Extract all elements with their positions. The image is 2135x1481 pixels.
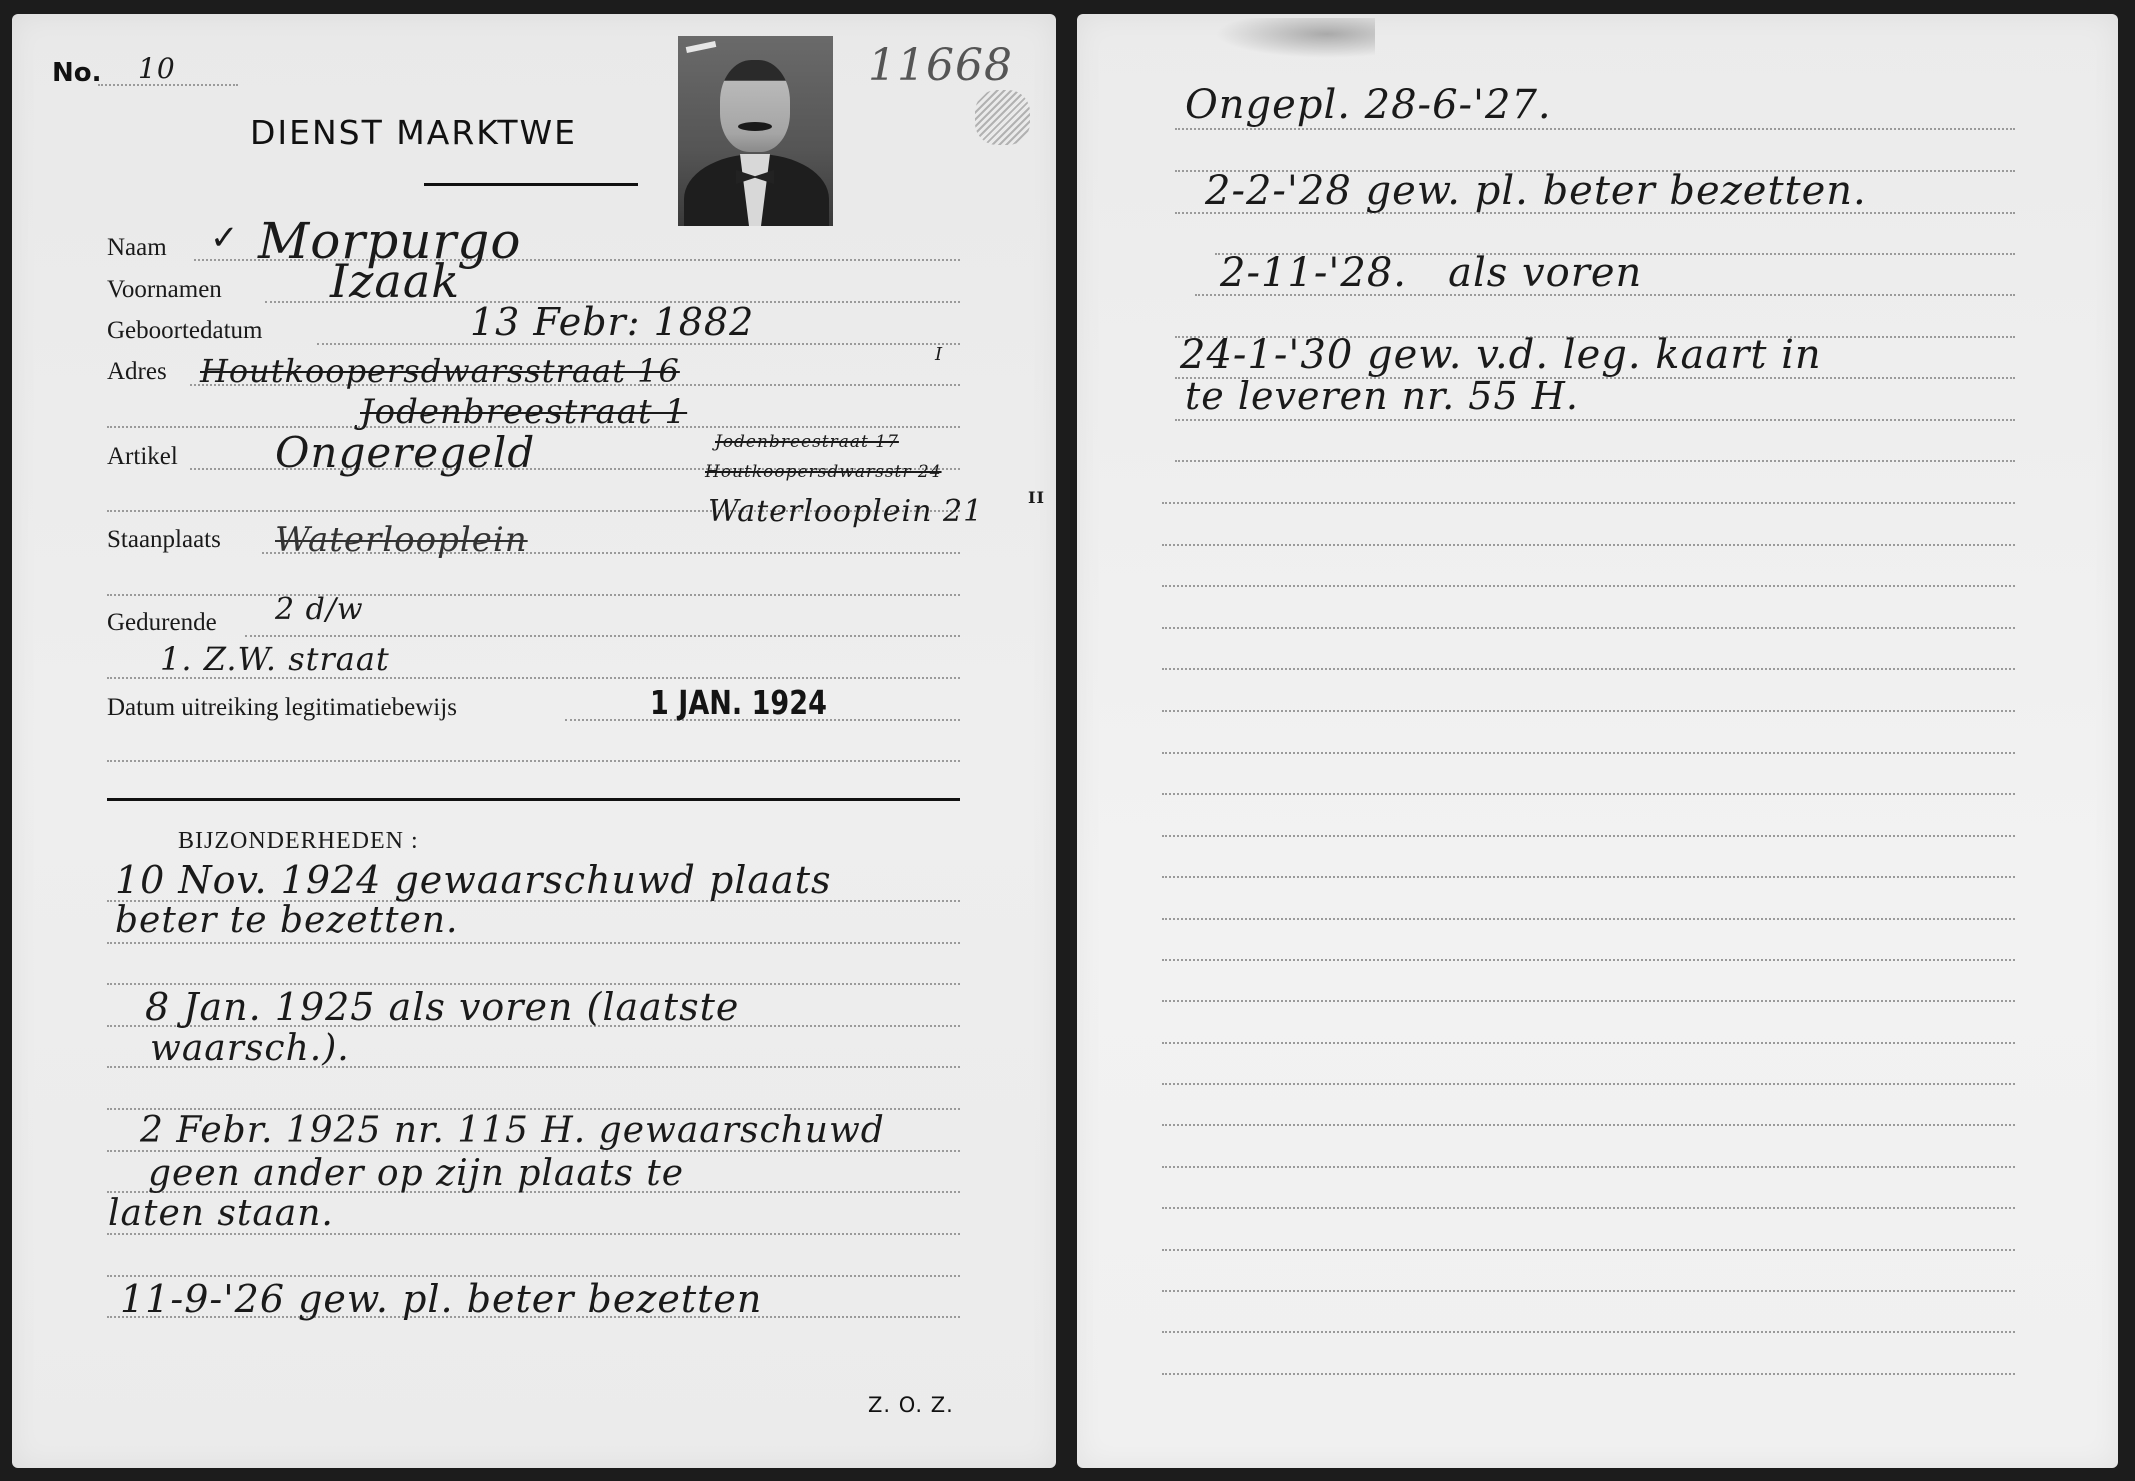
artikel-struck-a: Jodenbreestraat 17 bbox=[715, 432, 899, 452]
bijzonderheden-heading: BIJZONDERHEDEN : bbox=[178, 828, 419, 855]
ruled-line bbox=[107, 942, 960, 944]
ruled-line bbox=[1162, 1000, 2015, 1002]
ruled-line bbox=[1162, 959, 2015, 961]
title-underline bbox=[424, 183, 638, 186]
back-entry-1: Ongepl. 28-6-'27. bbox=[1185, 82, 1552, 128]
ruled-line bbox=[1162, 1042, 2015, 1044]
ruled-line bbox=[1162, 1373, 2015, 1375]
registration-card-front bbox=[12, 14, 1056, 1468]
adres-label: Adres bbox=[107, 358, 167, 386]
gedurende-value-line2: 1. Z.W. straat bbox=[160, 640, 390, 678]
bijzonderheden-entry-3-line-2: geen ander op zijn plaats te bbox=[148, 1153, 684, 1194]
staanplaats-value: Waterlooplein bbox=[275, 520, 528, 560]
voornamen-label: Voornamen bbox=[107, 276, 222, 304]
back-entry-4-line-1: 24-1-'30 gew. v.d. leg. kaart in bbox=[1180, 332, 1822, 378]
section-divider bbox=[107, 798, 960, 801]
adres-value-line2-struck: Jodenbreestraat 1 bbox=[360, 392, 687, 432]
ruled-line bbox=[1162, 585, 2015, 587]
artikel-value-new: Waterlooplein 21 bbox=[708, 494, 983, 529]
bijzonderheden-entry-2-line-2: waarsch.). bbox=[150, 1028, 350, 1069]
ink-smudge bbox=[1215, 18, 1375, 58]
voornamen-value: Izaak bbox=[330, 254, 460, 308]
geboortedatum-value: 13 Febr: 1882 bbox=[470, 300, 754, 344]
zoz-footer: Z. O. Z. bbox=[868, 1393, 954, 1417]
adres-value-struck: Houtkoopersdwarsstraat 16 bbox=[200, 352, 680, 390]
staanplaats-label: Staanplaats bbox=[107, 526, 221, 554]
ruled-line bbox=[1162, 1124, 2015, 1126]
ruled-line bbox=[1175, 419, 2015, 421]
gedurende-line bbox=[245, 635, 960, 637]
bijzonderheden-entry-2-line-1: 8 Jan. 1925 als voren (laatste bbox=[145, 985, 739, 1029]
portrait-photo bbox=[678, 36, 833, 226]
staanplaats-line-2 bbox=[107, 594, 960, 596]
ruled-line bbox=[1162, 752, 2015, 754]
datum-uitreiking-stamp: 1 JAN. 1924 bbox=[650, 683, 827, 722]
ruled-line bbox=[1162, 627, 2015, 629]
back-entry-3: 2-11-'28. als voren bbox=[1220, 250, 1642, 296]
datum-uitreiking-label: Datum uitreiking legitimatiebewijs bbox=[107, 694, 457, 722]
artikel-struck-b: Houtkoopersdwarsstr 24 bbox=[705, 462, 942, 482]
naam-check: ✓ bbox=[210, 218, 240, 258]
ruled-line bbox=[1162, 876, 2015, 878]
bijzonderheden-entry-1-line-2: beter te bezetten. bbox=[115, 900, 458, 941]
ruled-line bbox=[1162, 710, 2015, 712]
naam-label: Naam bbox=[107, 234, 167, 262]
photo-head bbox=[720, 60, 790, 152]
bijzonderheden-entry-3-line-1: 2 Febr. 1925 nr. 115 H. gewaarschuwd bbox=[140, 1110, 885, 1151]
artikel-value-new-sup: II bbox=[1028, 488, 1045, 507]
ruled-line bbox=[1162, 918, 2015, 920]
ruled-line bbox=[1162, 668, 2015, 670]
card-number-value: 10 bbox=[138, 52, 176, 85]
archive-number: 11668 bbox=[868, 40, 1013, 91]
ink-stamp bbox=[975, 90, 1030, 145]
ruled-line bbox=[1162, 793, 2015, 795]
geboortedatum-label: Geboortedatum bbox=[107, 317, 263, 345]
ruled-line bbox=[1162, 502, 2015, 504]
artikel-value: Ongeregeld bbox=[275, 428, 535, 477]
ruled-line bbox=[1162, 544, 2015, 546]
adres-value-sup: I bbox=[935, 344, 943, 365]
datum-uitreiking-line-2 bbox=[107, 760, 960, 762]
ruled-line bbox=[1162, 1166, 2015, 1168]
ruled-line bbox=[1162, 1290, 2015, 1292]
ruled-line bbox=[1175, 460, 2015, 462]
back-entry-4-line-2: te leveren nr. 55 H. bbox=[1185, 374, 1579, 418]
artikel-label: Artikel bbox=[107, 443, 178, 471]
ruled-line bbox=[1162, 1083, 2015, 1085]
photo-tag bbox=[686, 41, 717, 53]
bijzonderheden-entry-4-line-1: 11-9-'26 gew. pl. beter bezetten bbox=[120, 1277, 762, 1321]
photo-moustache bbox=[738, 122, 772, 131]
ruled-line bbox=[1162, 1207, 2015, 1209]
bijzonderheden-entry-3-line-3: laten staan. bbox=[108, 1193, 334, 1234]
card-title: DIENST MARKTWE bbox=[250, 113, 577, 152]
bijzonderheden-entry-1-line-1: 10 Nov. 1924 gewaarschuwd plaats bbox=[115, 858, 832, 902]
back-entry-2: 2-2-'28 gew. pl. beter bezetten. bbox=[1205, 168, 1867, 214]
gedurende-value: 2 d/w bbox=[275, 592, 364, 627]
ruled-line bbox=[1162, 1249, 2015, 1251]
gedurende-label: Gedurende bbox=[107, 609, 217, 637]
card-number-label: No. bbox=[52, 58, 102, 88]
ruled-line bbox=[1162, 1331, 2015, 1333]
ruled-line bbox=[1175, 128, 2015, 130]
ruled-line bbox=[1162, 835, 2015, 837]
